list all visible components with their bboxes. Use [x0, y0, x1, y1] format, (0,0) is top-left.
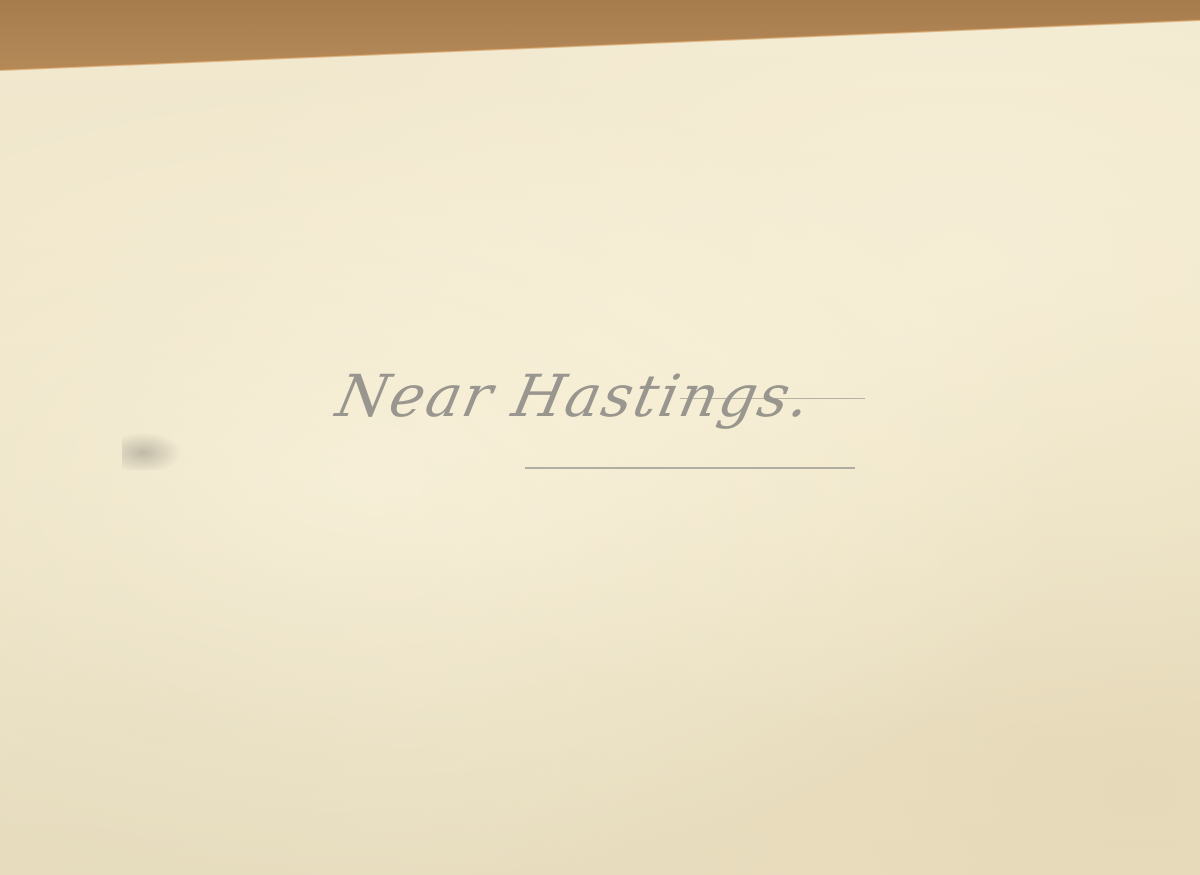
inscription-underline — [525, 467, 855, 469]
handwritten-inscription: Near Hastings. — [331, 362, 819, 430]
inscription-upper-rule — [680, 398, 865, 399]
pencil-smudge — [122, 432, 182, 470]
